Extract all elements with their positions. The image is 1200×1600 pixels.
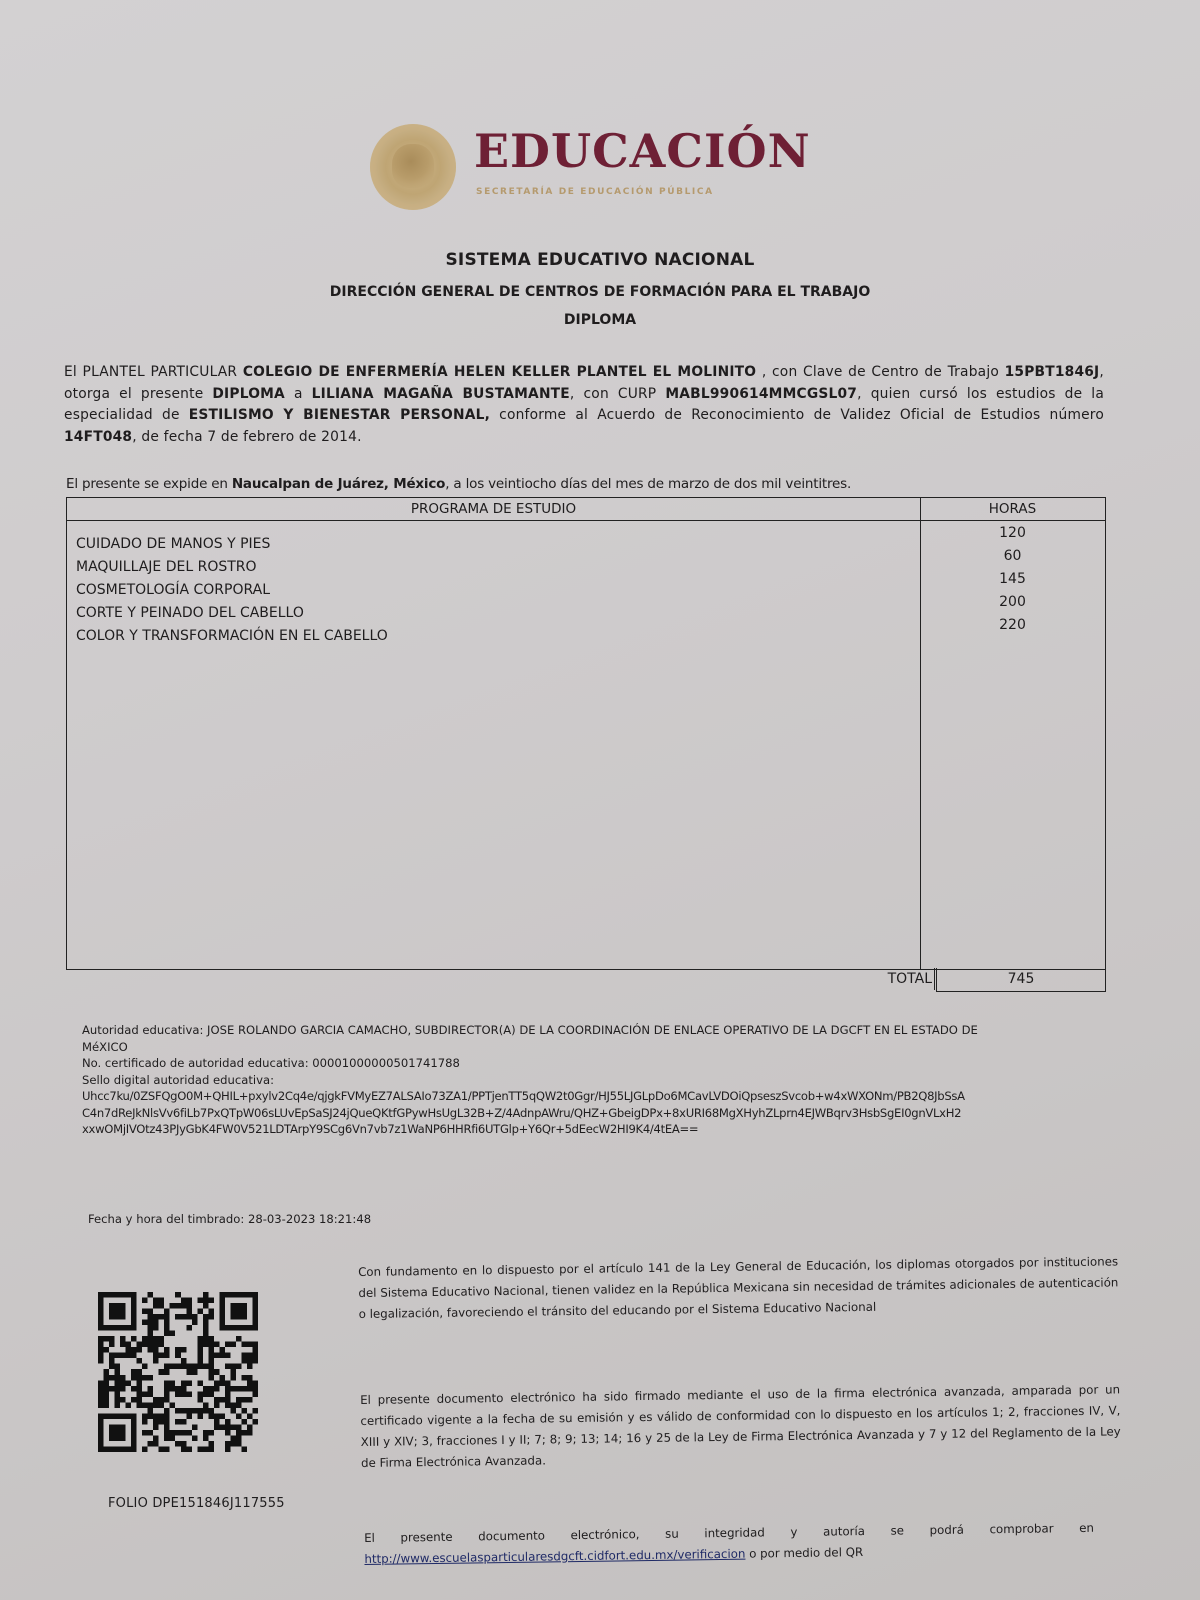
mexican-coat-of-arms-icon <box>370 124 456 210</box>
hours-cell: 120 <box>920 522 1105 545</box>
folio-number: FOLIO DPE151846J117555 <box>108 1496 285 1511</box>
total-hours: 745 <box>936 968 1106 992</box>
authority-block: Autoridad educativa: JOSE ROLANDO GARCIA… <box>82 1022 1112 1138</box>
digital-seal-line: xxwOMjIVOtz43PJyGbK4FW0V521LDTArpY9SCg6V… <box>82 1121 1112 1138</box>
electronic-signature-text: El presente documento electrónico ha sid… <box>360 1379 1121 1474</box>
verification-link[interactable]: http://www.escuelasparticularesdgcft.cid… <box>364 1547 745 1566</box>
student-name: LILIANA MAGAÑA BUSTAMANTE <box>312 386 570 402</box>
logo-subtitle: SECRETARÍA DE EDUCACIÓN PÚBLICA <box>476 187 714 197</box>
verification-qr-code[interactable] <box>98 1292 258 1452</box>
digital-seal-line: C4n7dReJkNlsVv6fiLb7PxQTpW06sLUvEpSaSJ24… <box>82 1105 1112 1122</box>
school-name: COLEGIO DE ENFERMERÍA HELEN KELLER PLANT… <box>243 364 756 380</box>
column-header-program: PROGRAMA DE ESTUDIO <box>67 501 920 517</box>
column-header-hours: HORAS <box>920 501 1105 517</box>
digital-seal-line: Uhcc7ku/0ZSFQgO0M+QHIL+pxylv2Cq4e/qjgkFV… <box>82 1088 1112 1105</box>
authority-certificate: No. certificado de autoridad educativa: … <box>82 1055 1112 1072</box>
specialty: ESTILISMO Y BIENESTAR PERSONAL, <box>189 407 490 423</box>
stamp-timestamp: Fecha y hora del timbrado: 28-03-2023 18… <box>88 1212 371 1226</box>
digital-seal-label: Sello digital autoridad educativa: <box>82 1072 1112 1089</box>
table-row: COLOR Y TRANSFORMACIÓN EN EL CABELLO <box>76 625 388 648</box>
rvoe-number: 14FT048 <box>64 429 132 445</box>
hours-cell: 145 <box>920 568 1105 591</box>
work-center-key: 15PBT1846J <box>1005 364 1100 380</box>
study-program-table: PROGRAMA DE ESTUDIO HORAS CUIDADO DE MAN… <box>66 497 1106 970</box>
sep-logo: EDUCACIÓN SECRETARÍA DE EDUCACIÓN PÚBLIC… <box>370 122 800 212</box>
hours-cell: 60 <box>920 545 1105 568</box>
issue-place: Naucalpan de Juárez, México <box>232 476 445 492</box>
hours-cell: 220 <box>920 614 1105 637</box>
direction-heading: DIRECCIÓN GENERAL DE CENTROS DE FORMACIÓ… <box>0 284 1200 300</box>
curp: MABL990614MMCGSL07 <box>665 386 857 402</box>
legal-validity-text: Con fundamento en lo dispuesto por el ar… <box>358 1251 1119 1325</box>
hours-cell: 200 <box>920 591 1105 614</box>
logo-title: EDUCACIÓN <box>474 128 811 174</box>
total-label: TOTAL <box>860 971 932 987</box>
diploma-statement: El PLANTEL PARTICULAR COLEGIO DE ENFERME… <box>64 362 1104 448</box>
issue-statement: El presente se expide en Naucalpan de Ju… <box>66 476 1066 492</box>
verification-text: Elpresentedocumentoelectrónico,suintegri… <box>364 1518 1105 1570</box>
document-type-heading: DIPLOMA <box>0 312 1200 328</box>
system-heading: SISTEMA EDUCATIVO NACIONAL <box>0 250 1200 270</box>
authority-name: Autoridad educativa: JOSE ROLANDO GARCIA… <box>82 1022 1112 1039</box>
table-row: MAQUILLAJE DEL ROSTRO <box>76 556 388 579</box>
table-row: COSMETOLOGÍA CORPORAL <box>76 579 388 602</box>
table-row: CORTE Y PEINADO DEL CABELLO <box>76 602 388 625</box>
table-row: CUIDADO DE MANOS Y PIES <box>76 533 388 556</box>
